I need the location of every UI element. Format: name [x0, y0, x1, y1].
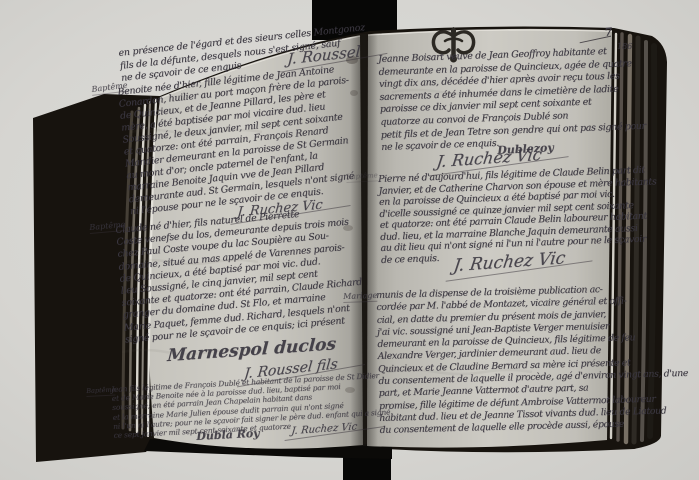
entry-2-lines: Claude né d'hier, fils naturel de Pierre…: [115, 204, 366, 347]
burial-entry-lines: Jeanne Boisart veuve de Jean Geoffroy ha…: [378, 45, 646, 155]
marriage-entry-lines: munis de la dispense de la troisième pub…: [376, 282, 689, 438]
entry-1-lines: Benoite née d'hier, fille légitime de Je…: [117, 63, 361, 218]
margin-label-bapteme-r1: Baptême: [346, 171, 378, 183]
folio-mark: 7: [604, 25, 613, 39]
microfilm-scan: en présence de l'égard et des sieurs cel…: [0, 0, 699, 480]
margin-label-mariage: Mariage: [343, 291, 377, 303]
